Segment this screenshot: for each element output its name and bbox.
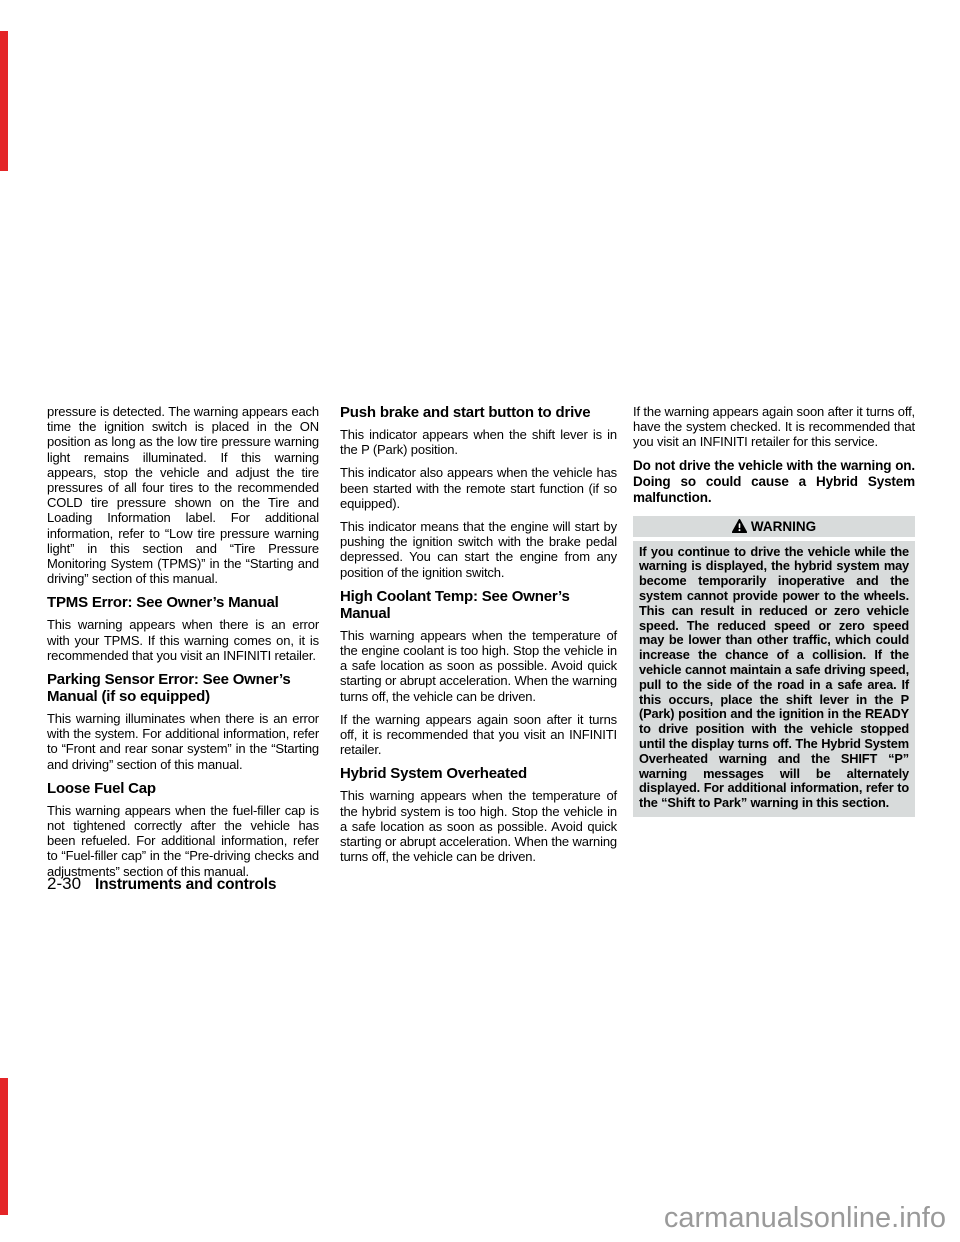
paragraph-loose-fuel-cap: This warning appears when the fuel-fille… (47, 803, 319, 879)
manual-page: pressure is detected. The warning appear… (0, 0, 960, 1242)
red-edge-marker-top (0, 31, 8, 171)
paragraph-tpms-error: This warning appears when there is an er… (47, 617, 319, 663)
page-number: 2-30 (47, 874, 81, 894)
column-2: Push brake and start button to drive Thi… (340, 404, 617, 872)
heading-push-brake-start: Push brake and start button to drive (340, 404, 617, 421)
watermark: carmanualsonline.info (664, 1202, 946, 1235)
paragraph-hybrid-overheated: This warning appears when the temperatur… (340, 788, 617, 864)
heading-hybrid-overheated: Hybrid System Overheated (340, 765, 617, 782)
paragraph-engine-start: This indicator means that the engine wil… (340, 519, 617, 580)
heading-high-coolant-temp: High Coolant Temp: See Owner’s Manual (340, 588, 617, 622)
column-1: pressure is detected. The warning appear… (47, 404, 319, 887)
paragraph-warning-again: If the warning appears again soon after … (633, 404, 915, 450)
heading-tpms-error: TPMS Error: See Owner’s Manual (47, 594, 319, 611)
paragraph-remote-start: This indicator also appears when the veh… (340, 465, 617, 511)
warning-box: WARNING If you continue to drive the veh… (633, 516, 915, 817)
warning-triangle-icon (732, 519, 747, 533)
heading-parking-sensor-error: Parking Sensor Error: See Owner’s Manual… (47, 671, 319, 705)
paragraph-shift-lever-park: This indicator appears when the shift le… (340, 427, 617, 457)
paragraph-do-not-drive: Do not drive the vehicle with the warnin… (633, 458, 915, 506)
footer: 2-30 Instruments and controls (47, 874, 276, 894)
footer-section-title: Instruments and controls (95, 876, 276, 894)
warning-title: WARNING (751, 519, 816, 534)
warning-header: WARNING (633, 516, 915, 537)
red-edge-marker-bottom (0, 1078, 8, 1215)
paragraph-coolant-retailer: If the warning appears again soon after … (340, 712, 617, 758)
warning-body: If you continue to drive the vehicle whi… (633, 541, 915, 817)
column-3: If the warning appears again soon after … (633, 404, 915, 817)
paragraph-coolant-temp: This warning appears when the temperatur… (340, 628, 617, 704)
heading-loose-fuel-cap: Loose Fuel Cap (47, 780, 319, 797)
paragraph-parking-sensor-error: This warning illuminates when there is a… (47, 711, 319, 772)
paragraph-tire-pressure: pressure is detected. The warning appear… (47, 404, 319, 586)
